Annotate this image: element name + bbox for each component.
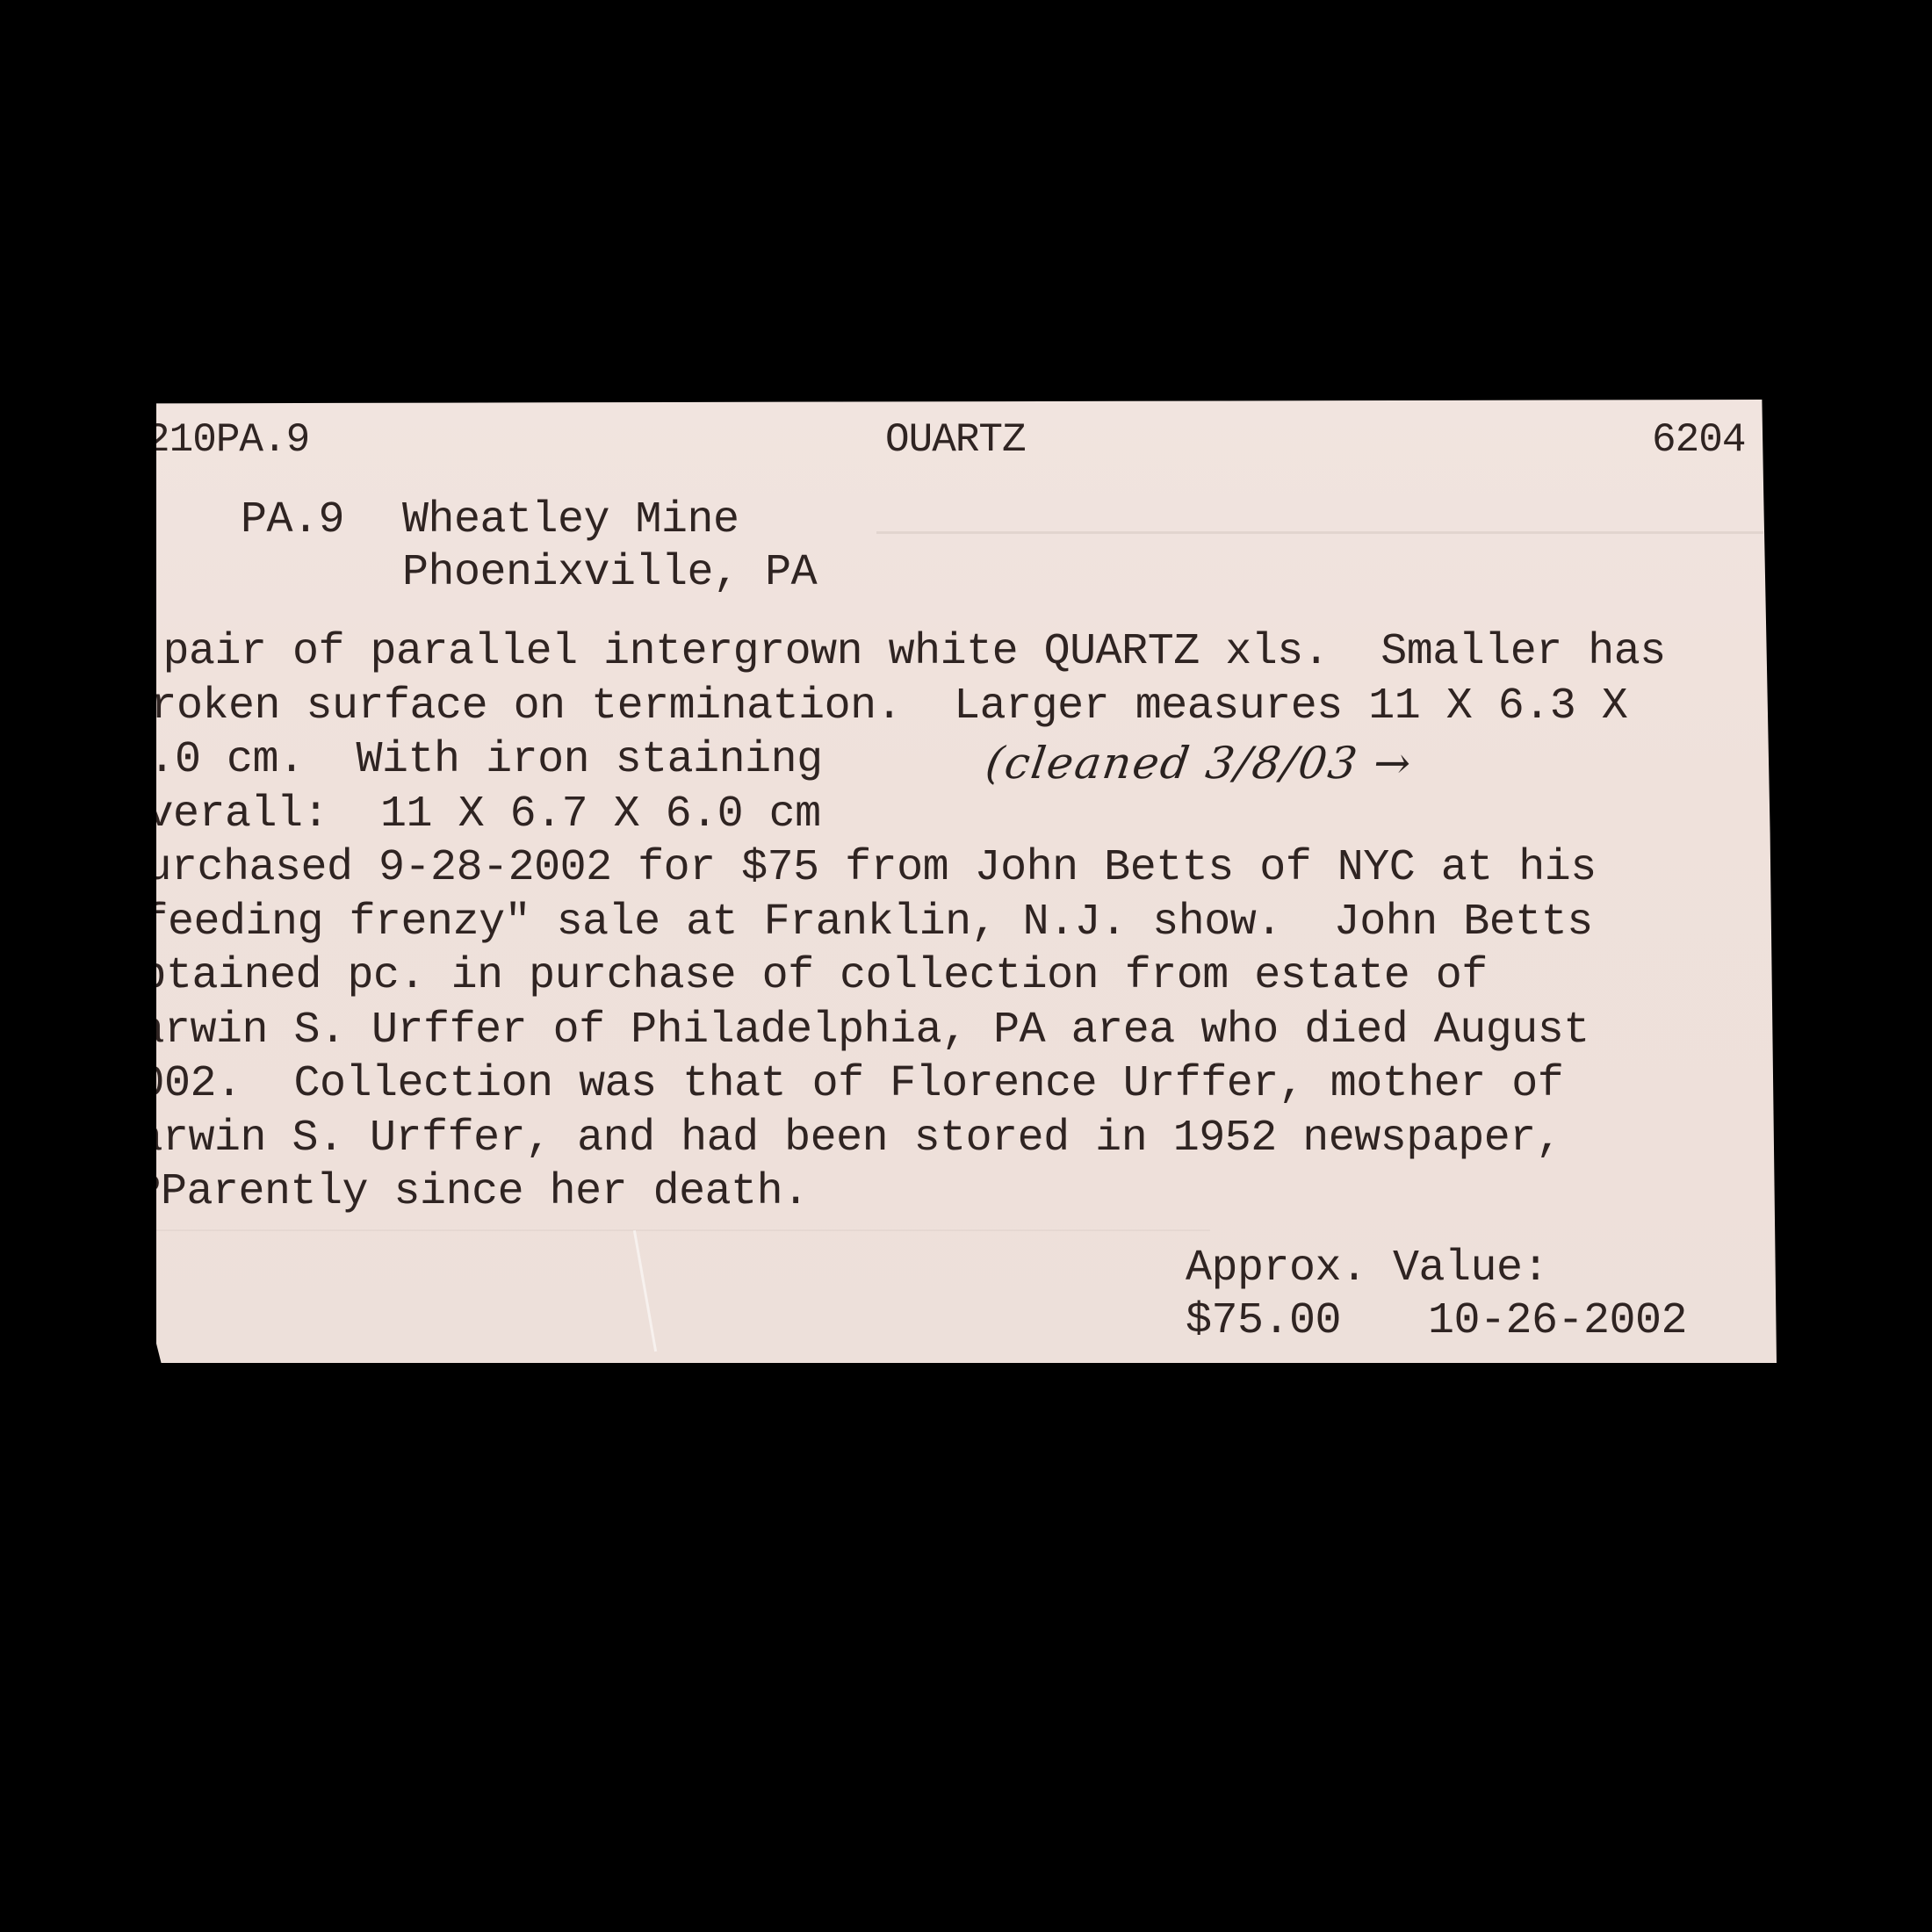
valuation-label: Approx. Value:: [1186, 1243, 1548, 1295]
handwritten-note: (cleaned 3/8/03 →: [983, 738, 1416, 789]
paper-crease: [876, 531, 1763, 534]
description-line: 2002. Collection was that of Florence Ur…: [156, 1058, 1563, 1111]
mineral-name: OUARTZ: [885, 414, 1026, 466]
catalog-code: 210PA.9: [156, 414, 309, 466]
description-line: obtained pc. in purchase of collection f…: [156, 950, 1488, 1003]
locality-town: Phoenixville, PA: [402, 547, 817, 600]
description-line: Darwin S. Urffer of Philadelphia, PA are…: [156, 1005, 1590, 1057]
paper-crease: [633, 1230, 657, 1352]
description-line: broken surface on termination. Larger me…: [156, 681, 1627, 733]
description-line: "feeding frenzy" sale at Franklin, N.J. …: [156, 897, 1593, 949]
description-line: pair of parallel intergrown white QUARTZ…: [156, 626, 1666, 679]
description-line: 6.0 cm. With iron staining: [156, 734, 823, 787]
specimen-label: 210PA.9 OUARTZ 6204 PA.9 Wheatley Mine P…: [156, 400, 1777, 1363]
description-line: Purchased 9-28-2002 for $75 from John Be…: [156, 842, 1597, 895]
locality-code: PA.9: [241, 494, 344, 547]
description-line: aPParently since her death.: [156, 1166, 809, 1219]
valuation-amount: $75.00: [1186, 1295, 1341, 1348]
description-line: Overall: 11 X 6.7 X 6.0 cm: [156, 789, 821, 841]
valuation-date: 10-26-2002: [1428, 1295, 1687, 1348]
description-line: Darwin S. Urffer, and had been stored in…: [156, 1113, 1561, 1165]
paper-crease: [156, 1229, 1210, 1231]
specimen-number: 6204: [1652, 414, 1745, 466]
locality-mine: Wheatley Mine: [402, 494, 739, 547]
